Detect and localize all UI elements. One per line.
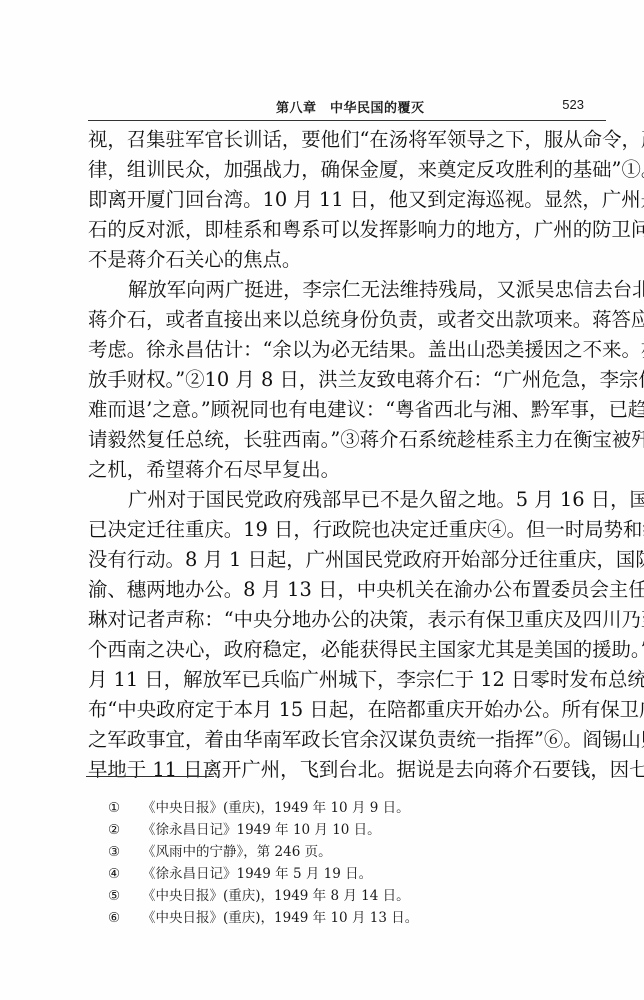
footnote-text: 《中央日报》(重庆)，1949 年 10 月 9 日。 bbox=[142, 797, 588, 819]
book-page: 第八章 中华民国的覆灭 523 视，召集驻军官长训话，要他们“在汤将军领导之下，… bbox=[0, 0, 644, 1000]
footnote-marker: ② bbox=[108, 819, 142, 841]
footnote-marker: ④ bbox=[108, 863, 142, 885]
body-line: 难而退’之意。”顾祝同也有电建议：“粤省西北与湘、黔军事，已趋劣势。 bbox=[88, 395, 606, 425]
body-text: 视，召集驻军官长训话，要他们“在汤将军领导之下，服从命令，严守纪 律，组训民众，… bbox=[88, 125, 606, 785]
footnotes: ① 《中央日报》(重庆)，1949 年 10 月 9 日。 ② 《徐永昌日记》1… bbox=[108, 797, 588, 929]
body-line: 解放军向两广挺进，李宗仁无法维持残局，又派吴忠信去台北询问 bbox=[88, 275, 606, 305]
footnote-2: ② 《徐永昌日记》1949 年 10 月 10 日。 bbox=[108, 819, 588, 841]
body-line: 之军政事宜，着由华南军政长官余汉谋负责统一指挥”⑥。阎锡山则早 bbox=[88, 725, 606, 755]
body-line: 不是蒋介石关心的焦点。 bbox=[88, 245, 606, 275]
footnote-text: 《中央日报》(重庆)，1949 年 8 月 14 日。 bbox=[142, 885, 588, 907]
footnote-marker: ⑤ bbox=[108, 885, 142, 907]
footnote-3: ③ 《风雨中的宁静》，第 246 页。 bbox=[108, 841, 588, 863]
body-line: 没有行动。8 月 1 日起，广州国民党政府开始部分迁往重庆，国防部分 bbox=[88, 545, 606, 575]
body-line: 放手财权。”②10 月 8 日，洪兰友致电蒋介石：“广州危急，李宗仁有‘知 bbox=[88, 365, 606, 395]
footnote-text: 《风雨中的宁静》，第 246 页。 bbox=[142, 841, 588, 863]
footnote-separator bbox=[86, 776, 214, 777]
body-line: 广州对于国民党政府残部早已不是久留之地。5 月 16 日，国防部 bbox=[88, 485, 606, 515]
body-line: 琳对记者声称：“中央分地办公的决策，表示有保卫重庆及四川乃至整 bbox=[88, 605, 606, 635]
page-number: 523 bbox=[562, 97, 584, 112]
footnote-marker: ① bbox=[108, 797, 142, 819]
running-header: 第八章 中华民国的覆灭 523 bbox=[88, 95, 604, 119]
body-line: 律，组训民众，加强战力，确保金厦，来奠定反攻胜利的基础”①。当晚 bbox=[88, 155, 606, 185]
body-line: 视，召集驻军官长训话，要他们“在汤将军领导之下，服从命令，严守纪 bbox=[88, 125, 606, 155]
body-line: 考虑。徐永昌估计：“余以为必无结果。盖出山恐美援因之不来。亦不 bbox=[88, 335, 606, 365]
body-line: 请毅然复任总统，长驻西南。”③蒋介石系统趁桂系主力在衡宝被歼灭 bbox=[88, 425, 606, 455]
footnote-1: ① 《中央日报》(重庆)，1949 年 10 月 9 日。 bbox=[108, 797, 588, 819]
footnote-marker: ③ bbox=[108, 841, 142, 863]
body-line: 月 11 日，解放军已兵临广州城下，李宗仁于 12 日零时发布总统令，宣 bbox=[88, 665, 606, 695]
body-line: 布“中央政府定于本月 15 日起，在陪都重庆开始办公。所有保卫广州 bbox=[88, 695, 606, 725]
body-line: 早地于 11 日离开广州，飞到台北。据说是去向蒋介石要钱，因七八月 bbox=[88, 755, 606, 785]
header-rule bbox=[88, 120, 606, 121]
body-line: 个西南之决心，政府稳定，必能获得民主国家尤其是美国的援助。”⑤10 bbox=[88, 635, 606, 665]
body-line: 渝、穗两地办公。8 月 13 日，中央机关在渝办公布置委员会主任马国 bbox=[88, 575, 606, 605]
body-line: 蒋介石，或者直接出来以总统身份负责，或者交出款项来。蒋答应予以 bbox=[88, 305, 606, 335]
footnote-marker: ⑥ bbox=[108, 907, 142, 929]
footnote-text: 《中央日报》(重庆)，1949 年 10 月 13 日。 bbox=[142, 907, 588, 929]
footnote-5: ⑤ 《中央日报》(重庆)，1949 年 8 月 14 日。 bbox=[108, 885, 588, 907]
footnote-4: ④ 《徐永昌日记》1949 年 5 月 19 日。 bbox=[108, 863, 588, 885]
body-line: 即离开厦门回台湾。10 月 11 日，他又到定海巡视。显然，广州是蒋介 bbox=[88, 185, 606, 215]
chapter-title: 第八章 中华民国的覆灭 bbox=[276, 97, 425, 116]
footnote-6: ⑥ 《中央日报》(重庆)，1949 年 10 月 13 日。 bbox=[108, 907, 588, 929]
body-line: 之机，希望蒋介石尽早复出。 bbox=[88, 455, 606, 485]
body-line: 已决定迁往重庆。19 日，行政院也决定迁重庆④。但一时局势和缓， bbox=[88, 515, 606, 545]
footnote-text: 《徐永昌日记》1949 年 5 月 19 日。 bbox=[142, 863, 588, 885]
footnote-text: 《徐永昌日记》1949 年 10 月 10 日。 bbox=[142, 819, 588, 841]
body-line: 石的反对派，即桂系和粤系可以发挥影响力的地方，广州的防卫问题并 bbox=[88, 215, 606, 245]
